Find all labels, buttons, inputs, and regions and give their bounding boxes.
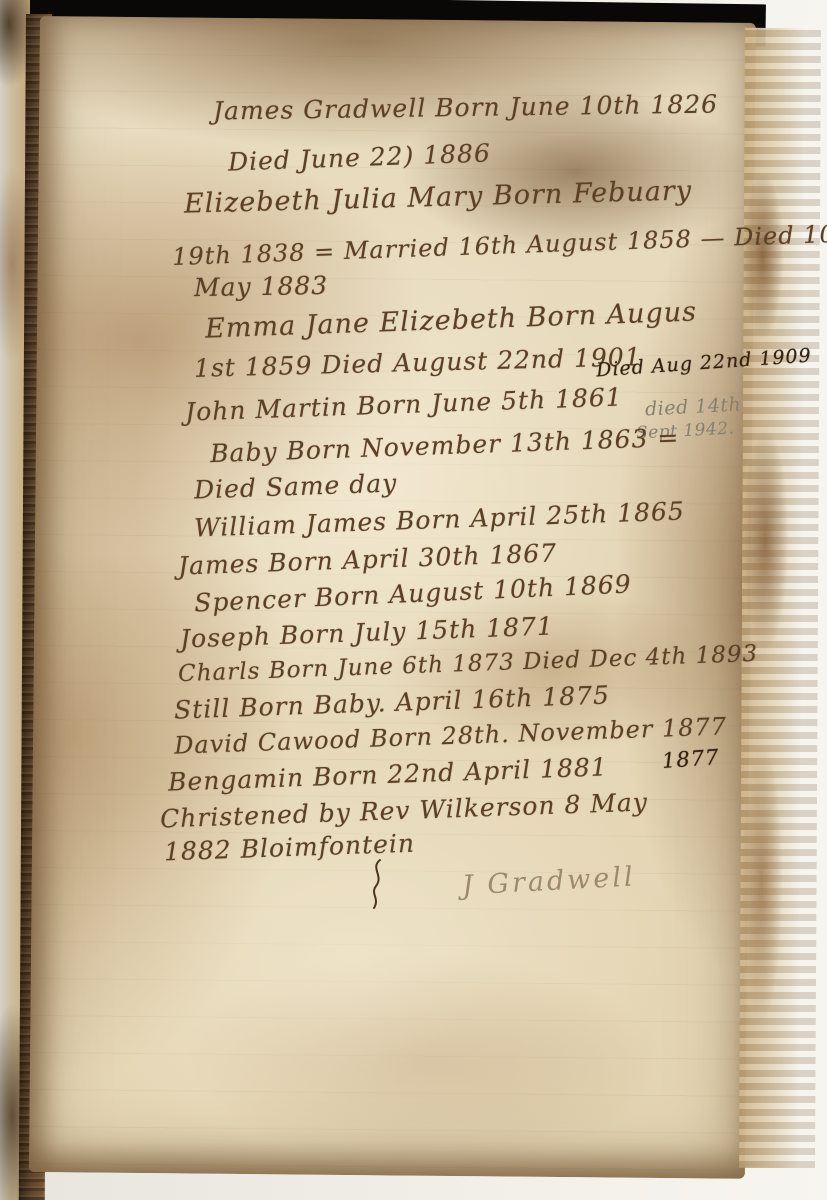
ink-flourish [366,858,388,916]
photograph-of-register-page: James Gradwell Born June 10th 1826 Died … [0,0,827,1200]
torn-page-edges [739,28,821,1168]
annotation-david-cawood-year-1877: 1877 [661,745,720,773]
register-line-may-1883: May 1883 [194,271,329,302]
